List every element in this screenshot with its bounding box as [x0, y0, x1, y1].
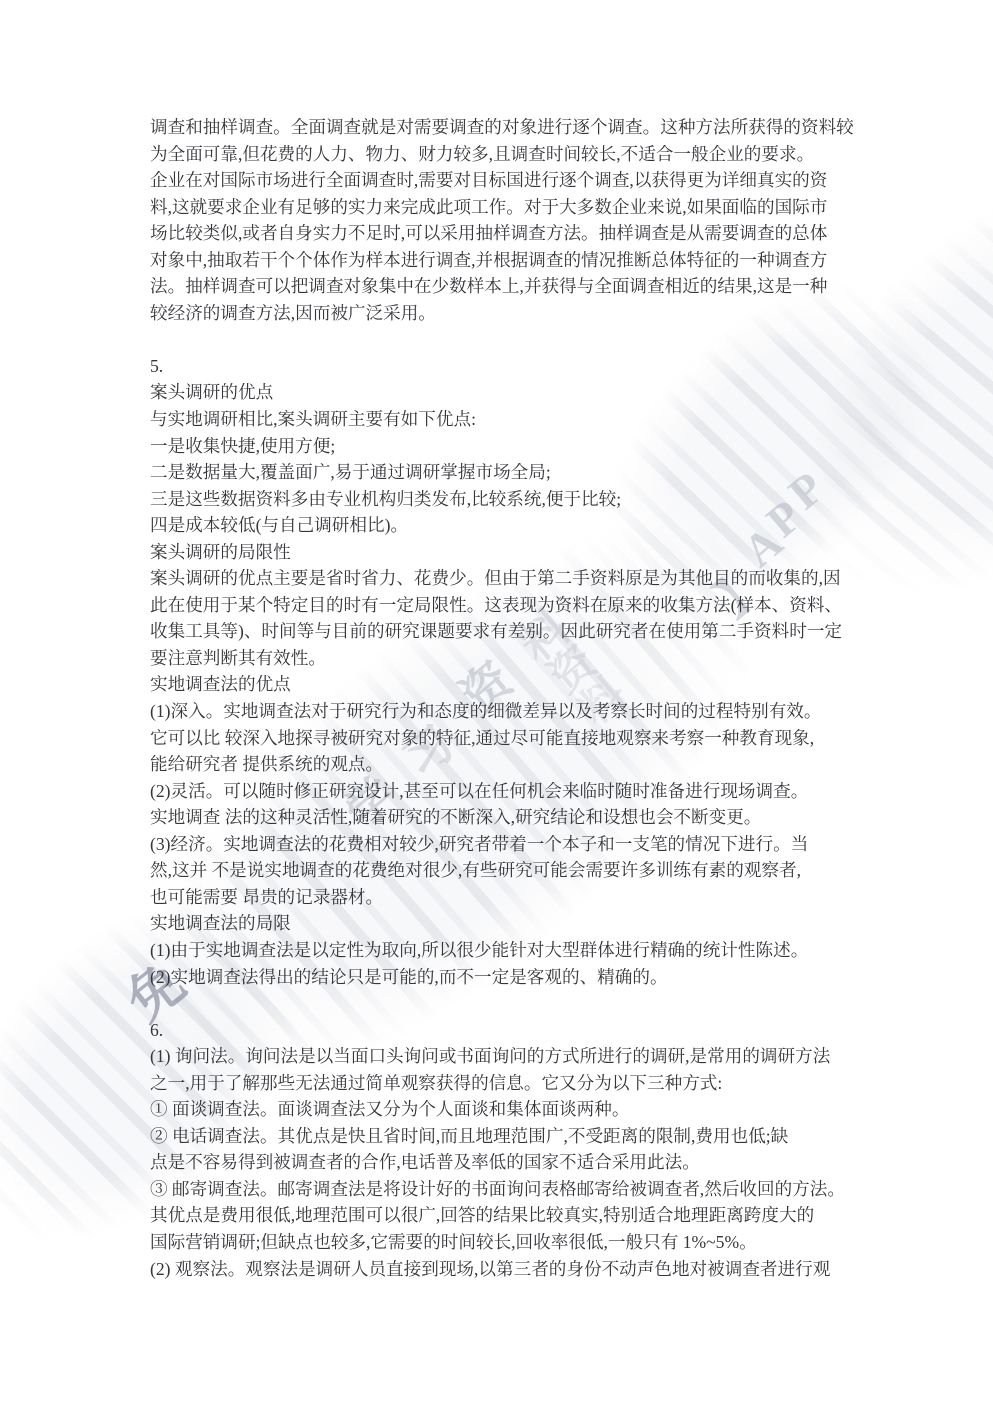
text-line: (1)由于实地调查法是以定性为取向,所以很少能针对大型群体进行精确的统计性陈述。: [150, 937, 860, 964]
text-line: 四是成本较低(与自己调研相比)。: [150, 512, 860, 539]
text-line: 企业在对国际市场进行全面调查时,需要对目标国进行逐个调查,以获得更为详细真实的资: [150, 167, 860, 194]
text-line: ③ 邮寄调查法。邮寄调查法是将设计好的书面询问表格邮寄给被调查者,然后收回的方法…: [150, 1176, 860, 1203]
text-line: 案头调研的优点: [150, 379, 860, 406]
text-line: 点是不容易得到被调查者的合作,电话普及率低的国家不适合采用此法。: [150, 1149, 860, 1176]
text-line: 与实地调研相比,案头调研主要有如下优点:: [150, 406, 860, 433]
text-line: (2) 观察法。观察法是调研人员直接到现场,以第三者的身份不动声色地对被调查者进…: [150, 1256, 860, 1283]
text-line: [150, 326, 860, 353]
text-line: 之一,用于了解那些无法通过简单观察获得的信息。它又分为以下三种方式:: [150, 1070, 860, 1097]
text-line: (3)经济。实地调查法的花费相对较少,研究者带着一个本子和一支笔的情况下进行。当: [150, 831, 860, 858]
text-line: [150, 990, 860, 1017]
text-line: 5.: [150, 353, 860, 380]
text-line: 然,这并 不是说实地调查的花费绝对很少,有些研究可能会需要许多训练有素的观察者,: [150, 857, 860, 884]
text-line: 此在使用于某个特定目的时有一定局限性。这表现为资料在原来的收集方法(样本、资料、: [150, 592, 860, 619]
text-line: (2)灵活。可以随时修正研究设计,甚至可以在任何机会来临时随时准备进行现场调查。: [150, 778, 860, 805]
text-line: 实地调查 法的这种灵活性,随着研究的不断深入,研究结论和设想也会不断变更。: [150, 804, 860, 831]
text-line: 二是数据量大,覆盖面广,易于通过调研掌握市场全局;: [150, 459, 860, 486]
text-line: 料,这就要求企业有足够的实力来完成此项工作。对于大多数企业来说,如果面临的国际市: [150, 194, 860, 221]
text-line: 三是这些数据资料多由专业机构归类发布,比较系统,便于比较;: [150, 486, 860, 513]
text-line: 国际营销调研;但缺点也较多,它需要的时间较长,回收率很低,一般只有 1%~5%。: [150, 1229, 860, 1256]
document-text: 调查和抽样调查。全面调查就是对需要调查的对象进行逐个调查。这种方法所获得的资料较…: [150, 114, 860, 1282]
text-line: 较经济的调查方法,因而被广泛采用。: [150, 300, 860, 327]
text-line: 场比较类似,或者自身实力不足时,可以采用抽样调查方法。抽样调查是从需要调查的总体: [150, 220, 860, 247]
text-line: (2)实地调查法得出的结论只是可能的,而不一定是客观的、精确的。: [150, 964, 860, 991]
text-line: 案头调研的优点主要是省时省力、花费少。但由于第二手资料原是为其他目的而收集的,因: [150, 565, 860, 592]
text-line: (1)深入。实地调查法对于研究行为和态度的细微差异以及考察长时间的过程特别有效。: [150, 698, 860, 725]
text-line: 对象中,抽取若干个个体作为样本进行调查,并根据调查的情况推断总体特征的一种调查方: [150, 247, 860, 274]
text-line: 收集工具等)、时间等与目前的研究课题要求有差别。因此研究者在使用第二手资料时一定: [150, 618, 860, 645]
text-line: 它可以比 较深入地探寻被研究对象的特征,通过尽可能直接地观察来考察一种教育现象,: [150, 725, 860, 752]
text-line: ① 面谈调查法。面谈调查法又分为个人面谈和集体面谈两种。: [150, 1096, 860, 1123]
text-line: 6.: [150, 1017, 860, 1044]
text-line: 调查和抽样调查。全面调查就是对需要调查的对象进行逐个调查。这种方法所获得的资料较: [150, 114, 860, 141]
text-line: ② 电话调查法。其优点是快且省时间,而且地理范围广,不受距离的限制,费用也低;缺: [150, 1123, 860, 1150]
document-page: 免学习资料资料】APP 调查和抽样调查。全面调查就是对需要调查的对象进行逐个调查…: [0, 0, 993, 1404]
text-line: 也可能需要 昂贵的记录器材。: [150, 884, 860, 911]
text-line: (1) 询问法。询问法是以当面口头询问或书面询问的方式所进行的调研,是常用的调研…: [150, 1043, 860, 1070]
text-line: 能给研究者 提供系统的观点。: [150, 751, 860, 778]
text-line: 为全面可靠,但花费的人力、物力、财力较多,且调查时间较长,不适合一般企业的要求。: [150, 141, 860, 168]
text-line: 实地调查法的优点: [150, 671, 860, 698]
text-line: 其优点是费用很低,地理范围可以很广,回答的结果比较真实,特别适合地理距离跨度大的: [150, 1202, 860, 1229]
text-line: 案头调研的局限性: [150, 539, 860, 566]
text-line: 要注意判断其有效性。: [150, 645, 860, 672]
text-line: 一是收集快捷,使用方便;: [150, 433, 860, 460]
text-line: 法。抽样调查可以把调查对象集中在少数样本上,并获得与全面调查相近的结果,这是一种: [150, 273, 860, 300]
text-line: 实地调查法的局限: [150, 910, 860, 937]
